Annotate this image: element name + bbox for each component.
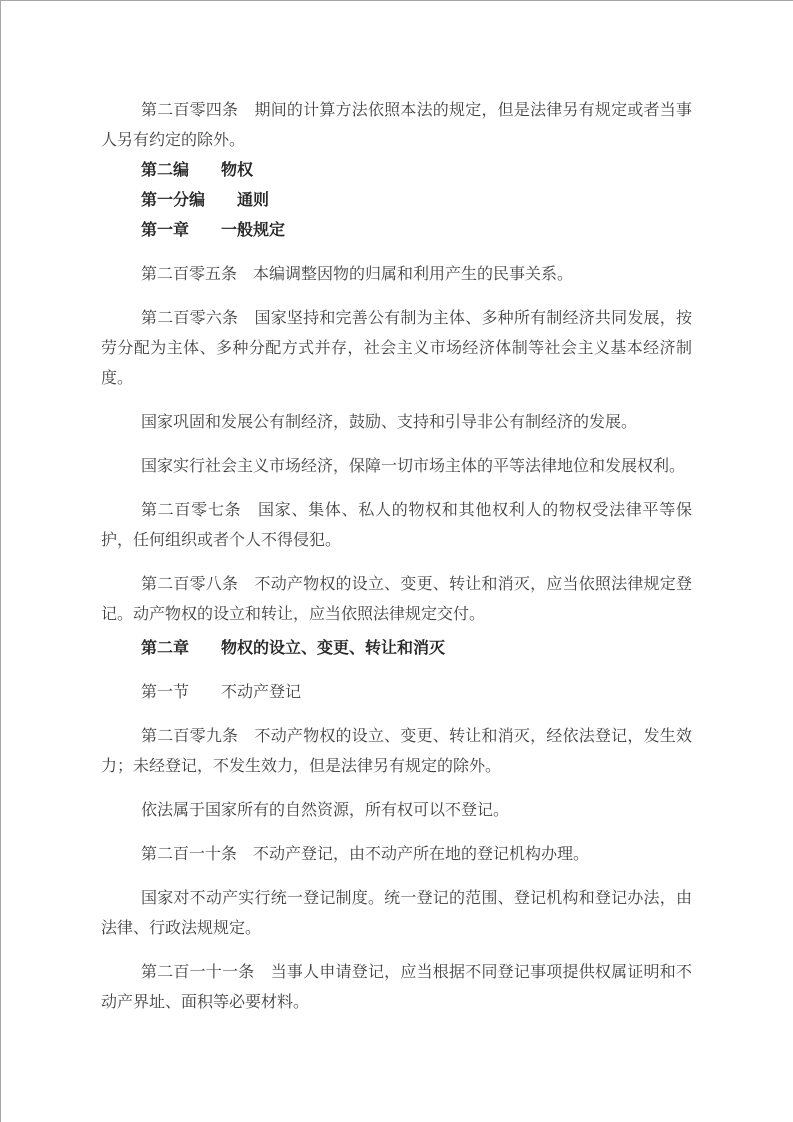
article-208-paragraph: 第二百零八条 不动产物权的设立、变更、转让和消灭，应当依照法律规定登记。动产物权… (101, 570, 692, 630)
article-206-paragraph-2: 国家巩固和发展公有制经济，鼓励、支持和引导非公有制经济的发展。 (101, 408, 692, 438)
article-210-paragraph-1: 第二百一十条 不动产登记，由不动产所在地的登记机构办理。 (101, 840, 692, 870)
article-209-paragraph-2: 依法属于国家所有的自然资源，所有权可以不登记。 (101, 796, 692, 826)
article-206-paragraph-1: 第二百零六条 国家坚持和完善公有制为主体、多种所有制经济共同发展，按劳分配为主体… (101, 304, 692, 394)
article-210-paragraph-2: 国家对不动产实行统一登记制度。统一登记的范围、登记机构和登记办法，由法律、行政法… (101, 884, 692, 944)
chapter-1-heading: 第一章 一般规定 (101, 216, 692, 246)
chapter-2-heading: 第二章 物权的设立、变更、转让和消灭 (101, 634, 692, 664)
article-204-paragraph: 第二百零四条 期间的计算方法依照本法的规定，但是法律另有规定或者当事人另有约定的… (101, 96, 692, 156)
article-205-paragraph: 第二百零五条 本编调整因物的归属和利用产生的民事关系。 (101, 260, 692, 290)
subpart-1-heading: 第一分编 通则 (101, 186, 692, 216)
article-206-paragraph-3: 国家实行社会主义市场经济，保障一切市场主体的平等法律地位和发展权利。 (101, 452, 692, 482)
article-211-paragraph: 第二百一十一条 当事人申请登记，应当根据不同登记事项提供权属证明和不动产界址、面… (101, 958, 692, 1018)
section-1-heading: 第一节 不动产登记 (101, 678, 692, 708)
article-207-paragraph: 第二百零七条 国家、集体、私人的物权和其他权利人的物权受法律平等保护，任何组织或… (101, 496, 692, 556)
article-209-paragraph-1: 第二百零九条 不动产物权的设立、变更、转让和消灭，经依法登记，发生效力；未经登记… (101, 722, 692, 782)
document-page: 第二百零四条 期间的计算方法依照本法的规定，但是法律另有规定或者当事人另有约定的… (0, 0, 793, 1122)
book-2-heading: 第二编 物权 (101, 156, 692, 186)
